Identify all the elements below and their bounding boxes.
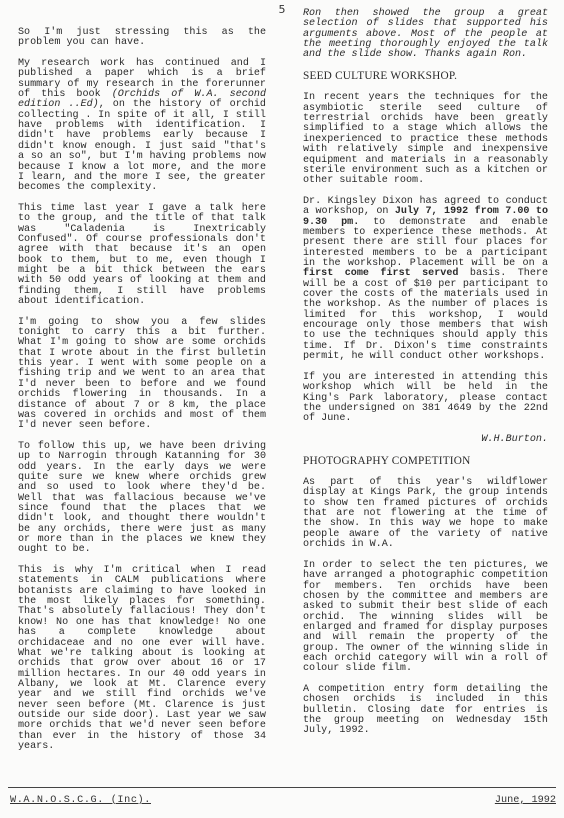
paragraph: This time last year I gave a talk here t… [18,204,266,307]
placement-basis: first come first served [303,268,458,279]
paragraph: As part of this year's wildflower displa… [303,478,548,550]
paragraph: To follow this up, we have been driving … [18,442,266,556]
paragraph: I'm going to show you a few slides tonig… [18,318,266,432]
footer-divider [8,787,556,788]
paragraph-text: , on the history of orchid collecting . … [18,99,266,193]
paragraph: In order to select the ten pictures, we … [303,561,548,675]
paragraph: In recent years the techniques for the a… [303,93,548,186]
paragraph-text: basis. There will be a cost of $10 per p… [303,268,548,362]
footer-date: June, 1992 [495,795,556,806]
section-heading-photography: PHOTOGRAPHY COMPETITION [303,456,548,466]
paragraph: If you are interested in attending this … [303,373,548,425]
left-column: So I'm just stressing this as the proble… [18,28,266,763]
paragraph: So I'm just stressing this as the proble… [18,28,266,49]
paragraph: My research work has continued and I pub… [18,59,266,193]
paragraph: This is why I'm critical when I read sta… [18,566,266,752]
signature: W.H.Burton. [303,435,548,445]
right-column: Ron then showed the group a great select… [303,9,548,747]
editor-note-paragraph: Ron then showed the group a great select… [303,9,548,61]
section-heading-seed-culture: SEED CULTURE WORKSHOP. [303,71,548,81]
paragraph: A competition entry form detailing the c… [303,685,548,737]
footer-organization: W.A.N.O.S.C.G. (Inc). [10,795,151,806]
paragraph: Dr. Kingsley Dixon has agreed to conduct… [303,197,548,363]
